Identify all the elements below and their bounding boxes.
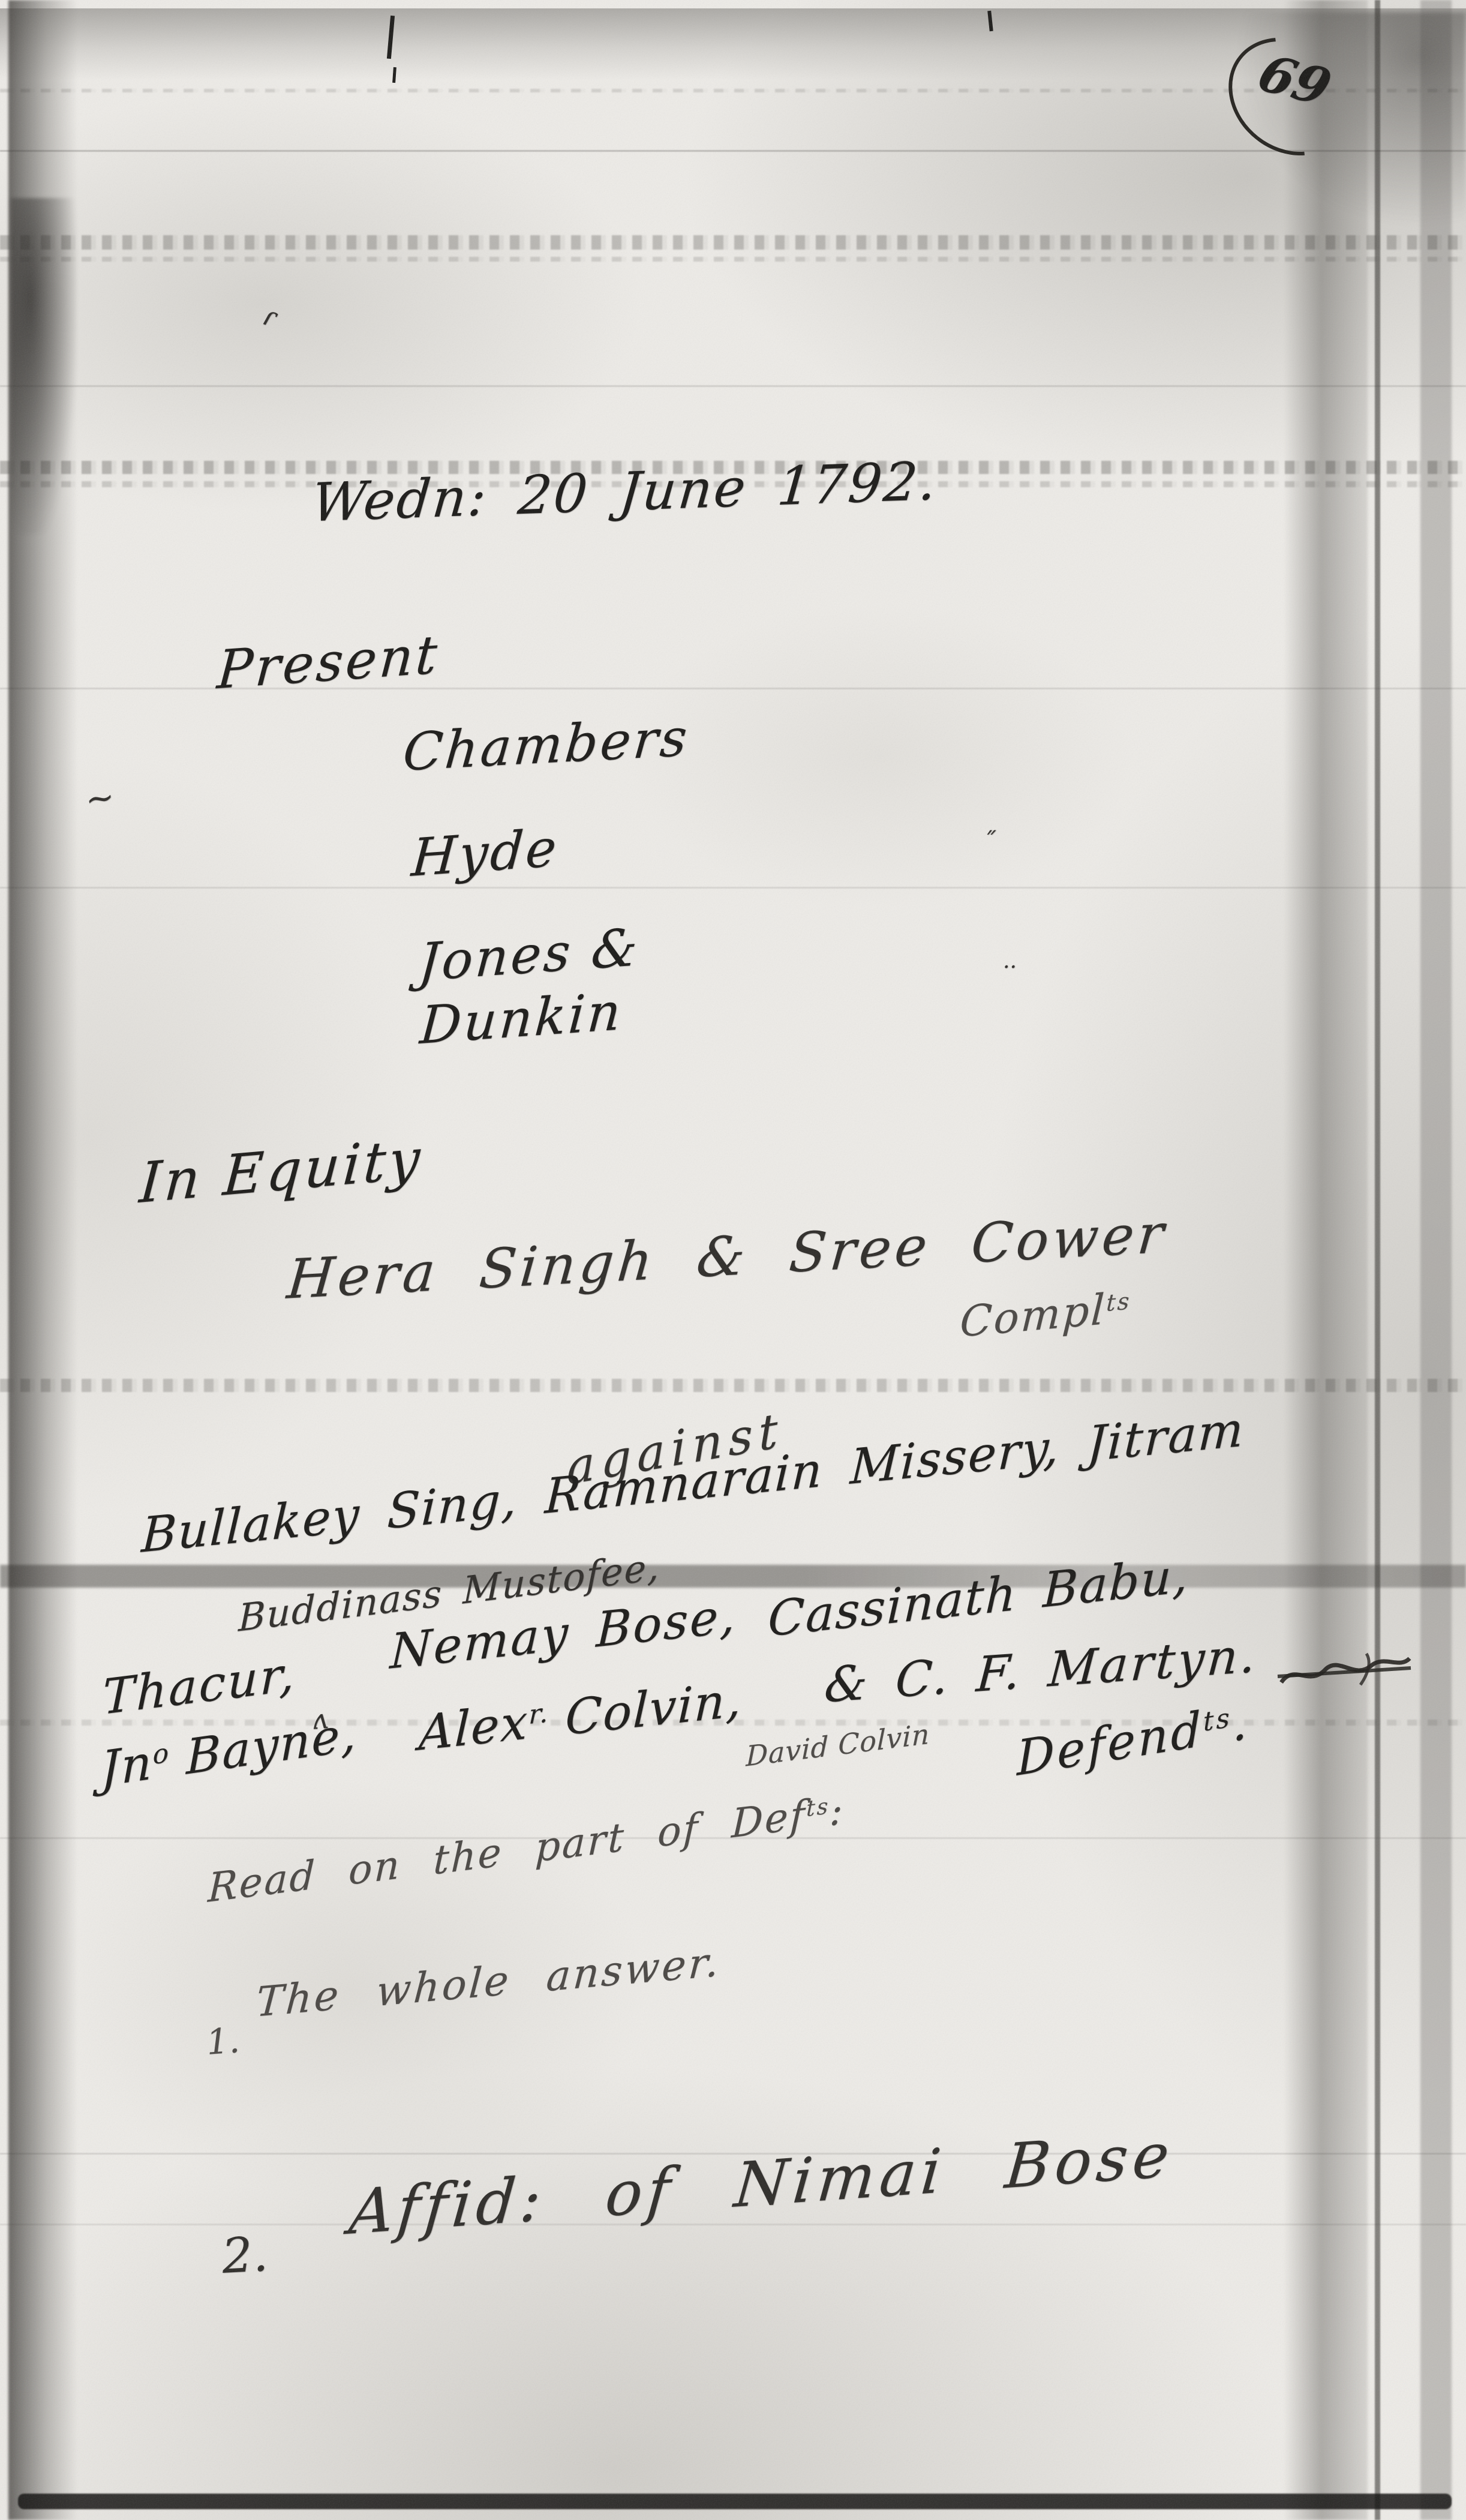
item2-number: 2. [221, 2226, 269, 2284]
ink-squiggle: ∼ [83, 776, 118, 820]
ink-squiggle: ɾ [259, 299, 281, 334]
defendants-inserted-small: David Colvin [746, 1717, 930, 1772]
page-edge-right-line [1375, 0, 1380, 2520]
page-edge-right-outer [1420, 0, 1452, 2520]
scan-scratch-line [0, 887, 1466, 889]
page-edge-right-band [1284, 0, 1368, 2520]
defendants-line2-start: Thacur, [102, 1645, 296, 1725]
ink-dots: ·· [1003, 955, 1017, 980]
ink-mark [392, 67, 396, 83]
scan-scratch-line [0, 150, 1466, 152]
item2-text: Affid: of Nimai Bose [346, 2119, 1176, 2249]
judge-name: Dunkin [418, 982, 625, 1056]
defendants-line3-end: & C. F. Martyn. [822, 1627, 1260, 1714]
page-edge-bottom-bar [18, 2494, 1452, 2509]
item1-number: 1. [205, 2020, 241, 2063]
item1-text: The whole answer. [254, 1938, 723, 2027]
complainants-role: Complts [959, 1282, 1132, 1347]
manuscript-page: ɾ ∼ ˝ ·· 69 Wedn: 20 June 1792. Present … [0, 0, 1466, 2520]
defendants-role: Defendts. [1016, 1694, 1250, 1787]
read-line: Read on the part of Defts: [207, 1787, 845, 1912]
scan-streak [0, 257, 1466, 262]
struck-out-word [1276, 1645, 1414, 1705]
defendants-line2-end: Cassinath Babu, [767, 1547, 1190, 1648]
scan-streak [0, 1379, 1466, 1392]
defendants-line3-mid: Alexr. Colvin, [418, 1671, 743, 1762]
jurisdiction-label: In Equity [137, 1126, 425, 1216]
scan-streak-dark [0, 1565, 1466, 1588]
scan-scratch-line [0, 385, 1466, 387]
scan-scratch-line [0, 2224, 1466, 2225]
ink-dots: ˝ [983, 828, 995, 856]
judge-name: Hyde [410, 818, 561, 889]
judge-name: Chambers [401, 707, 692, 783]
scan-streak [0, 235, 1466, 250]
judge-name: Jones & [417, 917, 642, 993]
